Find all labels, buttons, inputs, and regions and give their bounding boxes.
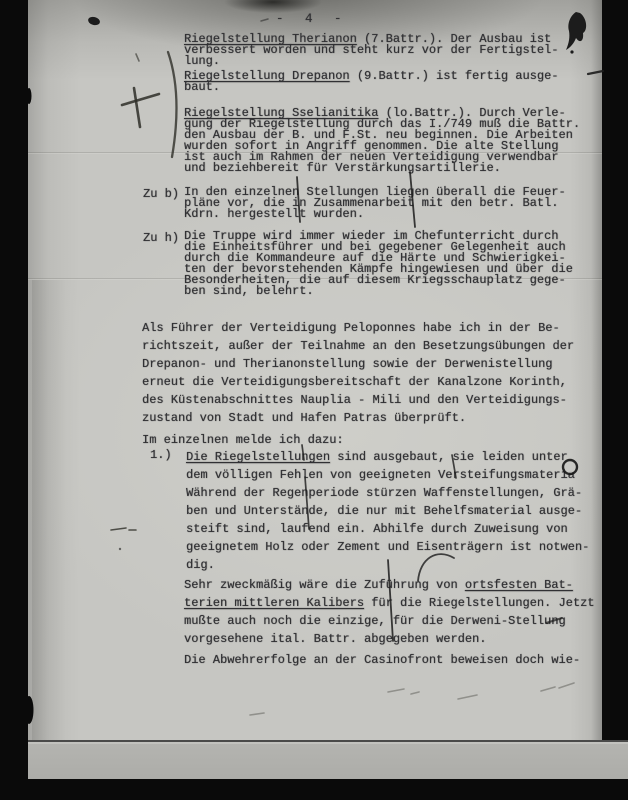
text-line: Riegelstellung Drepanon (9.Battr.) ist f…	[184, 71, 558, 82]
text-line: Im einzelnen melde ich dazu:	[142, 431, 344, 449]
paragraph-zu-h: Zu h)Die Truppe wird immer wieder im Che…	[143, 231, 573, 297]
paragraph-riegelstellung-therianon: Riegelstellung Therianon (7.Battr.). Der…	[184, 34, 558, 67]
underlined-text: terien mittleren Kalibers	[184, 596, 364, 610]
text-line: verbessert worden und steht kurz vor der…	[184, 45, 558, 56]
text-segment: Kdrn. hergestellt wurden.	[184, 207, 364, 221]
text-line: des Küstenabschnittes Nauplia - Mili und…	[142, 391, 574, 409]
text-segment: und beziehbereit für Verstärkungsartille…	[184, 161, 501, 175]
text-line: zustand von Stadt und Hafen Patras überp…	[142, 409, 574, 427]
text-segment: sind ausgebaut, sie leiden unter	[330, 450, 568, 464]
paper-bottom-edge	[28, 740, 628, 781]
paragraph-abwehrerfolge: Die Abwehrerfolge an der Casinofront bew…	[184, 651, 580, 669]
underlined-text: Die Riegelstellungen	[186, 450, 330, 464]
text-line: Die Abwehrerfolge an der Casinofront bew…	[184, 651, 580, 669]
text-line: und beziehbereit für Verstärkungsartille…	[184, 163, 580, 174]
paper: - 4 - Riegelstellung Therianon (7.Battr.…	[28, 0, 602, 741]
text-segment: dem völligen Fehlen von geeigneten Verst…	[186, 468, 575, 482]
paragraph-riegelstellung-sselianitika: Riegelstellung Sselianitika (lo.Battr.).…	[184, 108, 580, 174]
text-segment: lung.	[184, 54, 220, 68]
text-line: erneut die Verteidigungsbereitschaft der…	[142, 373, 574, 391]
text-line: richtszeit, außer der Teilnahme an den B…	[142, 337, 574, 355]
paragraph-als-fuehrer: Als Führer der Verteidigung Peloponnes h…	[142, 319, 574, 427]
text-line: vorgesehene ital. Battr. abgegeben werde…	[184, 630, 594, 648]
text-line: lung.	[184, 56, 558, 67]
text-line: baut.	[184, 82, 558, 93]
scan-border-right	[602, 0, 628, 738]
text-line: ben sind, belehrt.	[184, 286, 573, 297]
paragraph-im-einzelnen: Im einzelnen melde ich dazu:	[142, 431, 344, 449]
text-segment: verbessert worden und steht kurz vor der…	[184, 43, 558, 57]
underlined-text: ortsfesten Bat-	[465, 578, 573, 592]
scan-streak	[32, 280, 66, 740]
text-line: dem völligen Fehlen von geeigneten Verst…	[186, 466, 589, 484]
text-segment: baut.	[184, 80, 220, 94]
text-segment: des Küstenabschnittes Nauplia - Mili und…	[142, 393, 567, 407]
scanned-document: - 4 - Riegelstellung Therianon (7.Battr.…	[0, 0, 628, 800]
text-segment: (9.Battr.) ist fertig ausge-	[350, 69, 559, 83]
text-line: Drepanon- und Therianonstellung sowie de…	[142, 355, 574, 373]
text-segment: dig.	[186, 558, 215, 572]
text-line: Während der Regenperiode stürzen Waffens…	[186, 484, 589, 502]
text-line: geeignetem Holz oder Zement und Eisenträ…	[186, 538, 589, 556]
scan-border-bottom	[0, 779, 628, 800]
text-segment: Drepanon- und Therianonstellung sowie de…	[142, 357, 552, 371]
text-segment: erneut die Verteidigungsbereitschaft der…	[142, 375, 567, 389]
text-line: steift sind, laufend ein. Abhilfe durch …	[186, 520, 589, 538]
text-line: terien mittleren Kalibers für die Riegel…	[184, 594, 594, 612]
paragraph-riegelstellung-drepanon: Riegelstellung Drepanon (9.Battr.) ist f…	[184, 71, 558, 93]
text-line: Die Riegelstellungen sind ausgebaut, sie…	[186, 448, 589, 466]
text-segment: Im einzelnen melde ich dazu:	[142, 433, 344, 447]
text-segment: Als Führer der Verteidigung Peloponnes h…	[142, 321, 560, 335]
text-segment: zustand von Stadt und Hafen Patras überp…	[142, 411, 466, 425]
text-line: Sehr zweckmäßig wäre die Zuführung von o…	[184, 576, 594, 594]
text-line: Als Führer der Verteidigung Peloponnes h…	[142, 319, 574, 337]
text-line: dig.	[186, 556, 589, 574]
scan-border-left	[0, 0, 28, 800]
text-segment: Die Abwehrerfolge an der Casinofront bew…	[184, 653, 580, 667]
text-segment: geeignetem Holz oder Zement und Eisenträ…	[186, 540, 589, 554]
text-segment: ben sind, belehrt.	[184, 284, 314, 298]
paragraph-label: 1.)	[150, 448, 172, 462]
paragraph-item-1: 1.)Die Riegelstellungen sind ausgebaut, …	[150, 448, 589, 574]
paragraph-label: Zu h)	[143, 231, 179, 245]
text-line: Kdrn. hergestellt wurden.	[184, 209, 566, 220]
text-segment: ben und Unterstände, die nur mit Behelfs…	[186, 504, 582, 518]
text-line: mußte auch noch die einzige, für die Der…	[184, 612, 594, 630]
text-segment: richtszeit, außer der Teilnahme an den B…	[142, 339, 574, 353]
text-segment: Während der Regenperiode stürzen Waffens…	[186, 486, 582, 500]
paragraph-label: Zu b)	[143, 187, 179, 201]
text-segment: für die Riegelstellungen. Jetzt	[364, 596, 594, 610]
text-segment: steift sind, laufend ein. Abhilfe durch …	[186, 522, 568, 536]
paragraph-zu-b: Zu b)In den einzelnen Stellungen liegen …	[143, 187, 566, 220]
paragraph-sehr-zweckmaessig: Sehr zweckmäßig wäre die Zuführung von o…	[184, 576, 594, 648]
text-line: ben und Unterstände, die nur mit Behelfs…	[186, 502, 589, 520]
text-segment: Sehr zweckmäßig wäre die Zuführung von	[184, 578, 465, 592]
text-segment: vorgesehene ital. Battr. abgegeben werde…	[184, 632, 486, 646]
text-segment: mußte auch noch die einzige, für die Der…	[184, 614, 566, 628]
page-number: - 4 -	[276, 12, 349, 26]
